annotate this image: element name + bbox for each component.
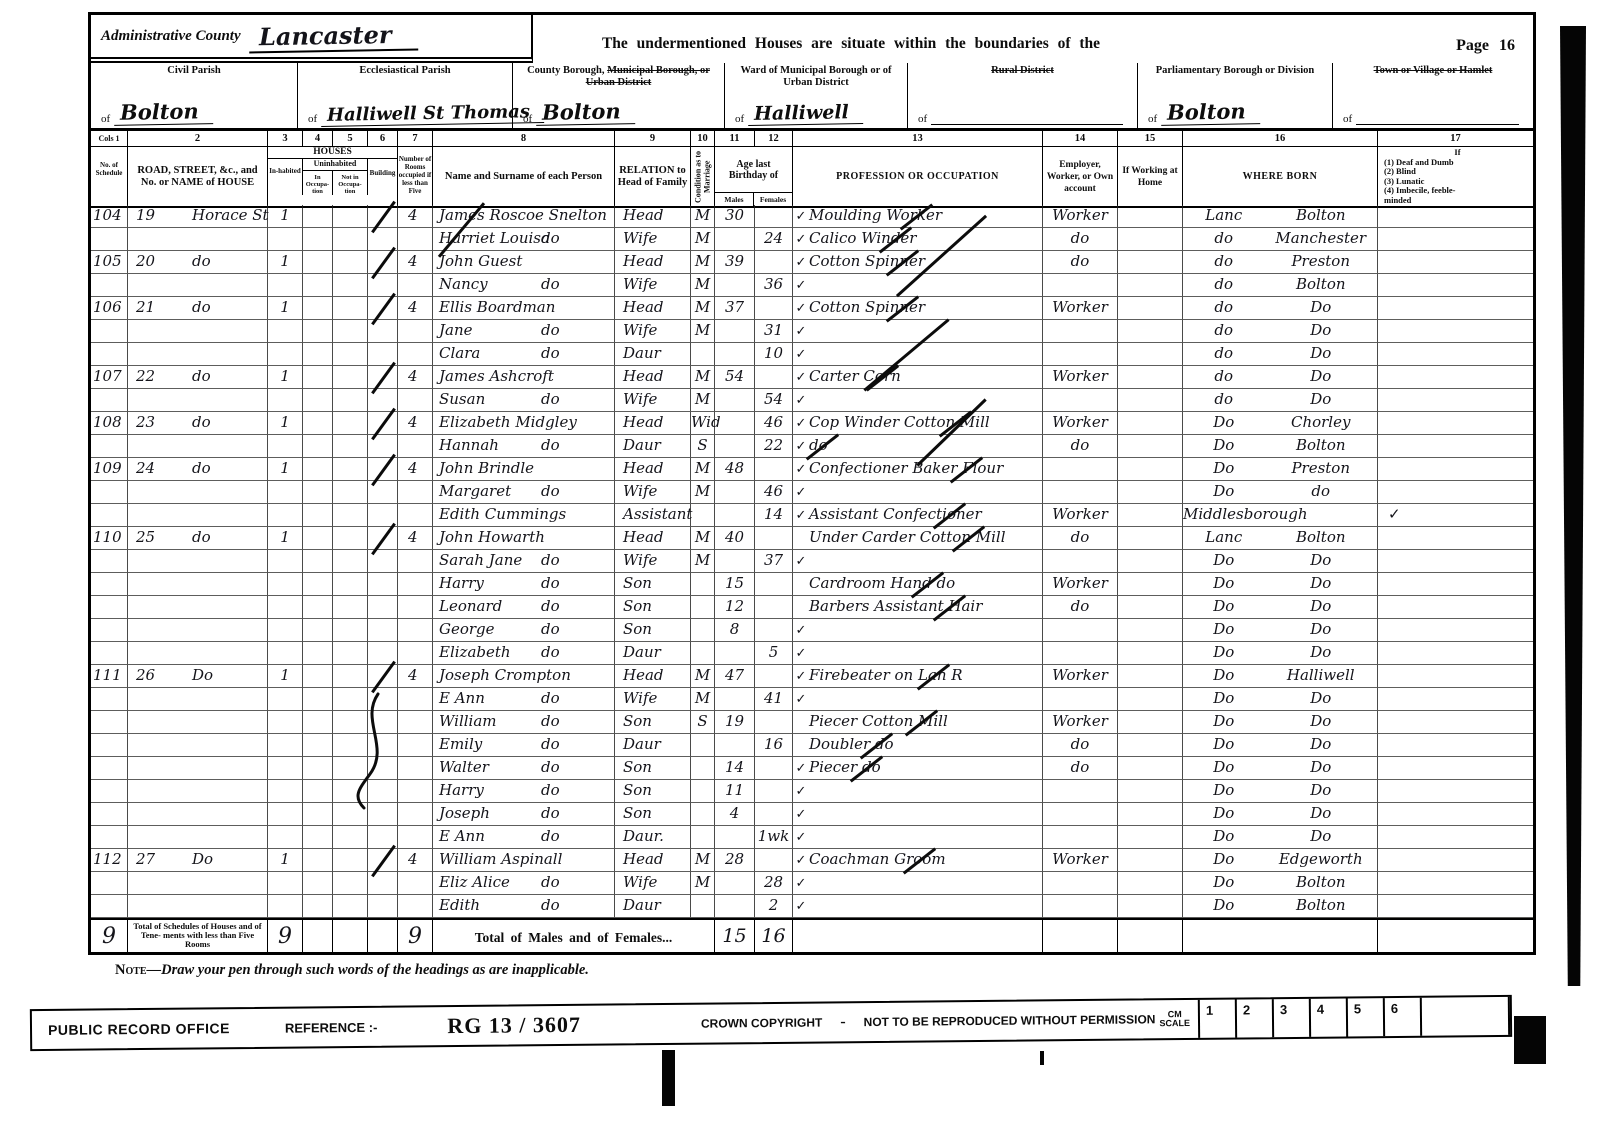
section-rural-district: Rural District of xyxy=(908,63,1138,128)
column-number: 12 xyxy=(755,131,793,147)
not-in-occupation-cell xyxy=(333,665,368,688)
name-cell: Edithdo xyxy=(433,895,615,918)
name-cell: Harrydo xyxy=(433,573,615,596)
name-cell: Walterdo xyxy=(433,757,615,780)
schedule-number-cell xyxy=(91,504,128,527)
age-females-cell xyxy=(755,366,793,389)
total-schedules-value: 9 xyxy=(91,920,128,955)
col-age-label: Age last Birthday of xyxy=(715,147,792,192)
not-in-occupation-cell xyxy=(333,412,368,435)
employer-cell: Worker xyxy=(1043,297,1118,320)
relation-cell: Head xyxy=(615,458,691,481)
column-label-row: No. of Schedule ROAD, STREET, &c., and N… xyxy=(91,147,1533,206)
where-born-cell: DoBolton xyxy=(1183,435,1378,458)
working-at-home-cell xyxy=(1118,320,1183,343)
working-at-home-cell xyxy=(1118,297,1183,320)
occupation-cell: ✓ xyxy=(793,895,1043,918)
film-block xyxy=(1514,1016,1546,1064)
district-header-row: Civil Parish of Bolton Ecclesiastical Pa… xyxy=(91,63,1533,128)
infirmity-cell: ✓ xyxy=(1378,504,1533,527)
age-males-cell: 54 xyxy=(715,366,755,389)
infirmity-cell xyxy=(1378,757,1533,780)
col-schedule-label: No. of Schedule xyxy=(91,147,128,206)
age-females-cell: 37 xyxy=(755,550,793,573)
col-employer-label: Employer, Worker, or Own account xyxy=(1043,147,1118,206)
of-prefix: of xyxy=(308,113,317,125)
occupation-cell: Barbers Assistant Hair xyxy=(793,596,1043,619)
name-cell: Hannahdo xyxy=(433,435,615,458)
age-females-cell xyxy=(755,527,793,550)
schedule-number-cell: 111 xyxy=(91,665,128,688)
name-cell: Williamdo xyxy=(433,711,615,734)
address-cell xyxy=(128,435,268,458)
name-cell: E Anndo xyxy=(433,688,615,711)
rooms-cell xyxy=(398,389,433,412)
rooms-cell xyxy=(398,895,433,918)
col-relation-label: RELATION to Head of Family xyxy=(615,147,691,206)
infirmity-cell xyxy=(1378,527,1533,550)
employer-cell xyxy=(1043,642,1118,665)
rooms-cell: 4 xyxy=(398,849,433,872)
relation-cell: Wife xyxy=(615,228,691,251)
working-at-home-cell xyxy=(1118,458,1183,481)
condition-cell: M xyxy=(691,665,715,688)
not-in-occupation-cell xyxy=(333,343,368,366)
name-cell: Clarado xyxy=(433,343,615,366)
condition-cell: M xyxy=(691,251,715,274)
column-number: 15 xyxy=(1118,131,1183,147)
where-born-cell: Middlesborough xyxy=(1183,504,1378,527)
occupation-cell: ✓Carter Corn xyxy=(793,366,1043,389)
rooms-cell xyxy=(398,872,433,895)
age-males-cell: 47 xyxy=(715,665,755,688)
name-cell: Leonarddo xyxy=(433,596,615,619)
rooms-cell xyxy=(398,619,433,642)
employer-cell xyxy=(1043,895,1118,918)
census-entries: 10419Horace St14James Roscoe SneltonHead… xyxy=(91,205,1533,918)
working-at-home-cell xyxy=(1118,780,1183,803)
section-parliamentary-borough: Parliamentary Borough or Division of Bol… xyxy=(1138,63,1333,128)
in-occupation-cell xyxy=(303,780,333,803)
section-value: Bolton xyxy=(114,98,213,126)
in-occupation-cell xyxy=(303,665,333,688)
rooms-cell xyxy=(398,734,433,757)
of-prefix: of xyxy=(101,113,110,125)
employer-cell: do xyxy=(1043,527,1118,550)
condition-cell xyxy=(691,803,715,826)
relation-cell: Daur xyxy=(615,895,691,918)
table-row: HannahdoDaurS22✓dodoDoBolton xyxy=(91,435,1533,458)
age-females-cell xyxy=(755,251,793,274)
inhabited-cell xyxy=(268,803,303,826)
inhabited-cell xyxy=(268,504,303,527)
employer-cell: Worker xyxy=(1043,412,1118,435)
schedule-number-cell xyxy=(91,550,128,573)
inhabited-cell xyxy=(268,757,303,780)
col-houses-group: HOUSES In-habited Uninhabited In Occupa-… xyxy=(268,147,398,206)
cm-scale-boxes: 123456 xyxy=(1198,997,1510,1038)
inhabited-cell: 1 xyxy=(268,458,303,481)
col-not-in-occupation-label: Not in Occupa-tion xyxy=(333,171,368,195)
age-males-cell xyxy=(715,872,755,895)
of-prefix: of xyxy=(735,113,744,125)
age-females-cell: 10 xyxy=(755,343,793,366)
occupation-cell: ✓Coachman Groom xyxy=(793,849,1043,872)
table-row: 11025do14John HowarthHeadM40Under Carder… xyxy=(91,527,1533,550)
infirmity-cell xyxy=(1378,895,1533,918)
rooms-cell: 4 xyxy=(398,665,433,688)
rooms-cell: 4 xyxy=(398,527,433,550)
working-at-home-cell xyxy=(1118,412,1183,435)
table-row: EmilydoDaur16Doubler dodoDoDo xyxy=(91,734,1533,757)
footnote-text: —Draw your pen through such words of the… xyxy=(147,962,589,978)
address-cell xyxy=(128,481,268,504)
page-number: Page 16 xyxy=(1456,37,1515,55)
where-born-cell: DoDo xyxy=(1183,596,1378,619)
relation-cell: Son xyxy=(615,573,691,596)
in-occupation-cell xyxy=(303,366,333,389)
condition-cell: M xyxy=(691,274,715,297)
occupation-cell: Piecer Cotton Mill xyxy=(793,711,1043,734)
cm-scale-label: CMSCALE xyxy=(1159,1010,1198,1028)
relation-cell: Son xyxy=(615,619,691,642)
age-females-cell: 36 xyxy=(755,274,793,297)
age-females-cell xyxy=(755,780,793,803)
condition-cell xyxy=(691,343,715,366)
table-row: E AnndoWifeM41✓DoDo xyxy=(91,688,1533,711)
where-born-cell: DoChorley xyxy=(1183,412,1378,435)
name-cell: Eliz Alicedo xyxy=(433,872,615,895)
section-label: Ward of Municipal Borough or of Urban Di… xyxy=(740,65,891,88)
infirmity-cell xyxy=(1378,435,1533,458)
working-at-home-cell xyxy=(1118,550,1183,573)
address-cell: 19Horace St xyxy=(128,205,268,228)
age-males-cell xyxy=(715,320,755,343)
rooms-cell xyxy=(398,642,433,665)
section-label: County Borough, xyxy=(527,65,607,76)
address-cell: 27Do xyxy=(128,849,268,872)
inhabited-cell xyxy=(268,228,303,251)
condition-cell: M xyxy=(691,320,715,343)
rooms-cell xyxy=(398,504,433,527)
address-cell xyxy=(128,274,268,297)
table-row: GeorgedoSon8✓DoDo xyxy=(91,619,1533,642)
inhabited-cell xyxy=(268,343,303,366)
age-males-cell: 30 xyxy=(715,205,755,228)
name-cell: Elizabethdo xyxy=(433,642,615,665)
column-number: 11 xyxy=(715,131,755,147)
inhabited-cell xyxy=(268,550,303,573)
column-number: 4 xyxy=(303,131,333,147)
occupation-cell: ✓Firebeater on Lan R xyxy=(793,665,1043,688)
film-registration-mark xyxy=(662,1050,675,1106)
working-at-home-cell xyxy=(1118,711,1183,734)
employer-cell: Worker xyxy=(1043,366,1118,389)
occupation-cell: ✓ xyxy=(793,826,1043,849)
age-males-cell xyxy=(715,481,755,504)
houses-title: HOUSES xyxy=(268,147,397,159)
infirmity-cell xyxy=(1378,573,1533,596)
infirmity-cell xyxy=(1378,688,1533,711)
relation-cell: Daur xyxy=(615,343,691,366)
schedule-number-cell xyxy=(91,872,128,895)
employer-cell: Worker xyxy=(1043,504,1118,527)
table-row: Eliz AlicedoWifeM28✓DoBolton xyxy=(91,872,1533,895)
name-cell: E Anndo xyxy=(433,826,615,849)
occupation-cell: ✓ xyxy=(793,619,1043,642)
age-males-cell xyxy=(715,688,755,711)
inhabited-cell xyxy=(268,320,303,343)
inhabited-cell xyxy=(268,481,303,504)
admin-county-label: Administrative County xyxy=(101,28,241,45)
inhabited-cell xyxy=(268,573,303,596)
section-label-struck: Rural District xyxy=(991,65,1054,76)
separator-dot: - xyxy=(822,1013,863,1031)
not-in-occupation-cell xyxy=(333,297,368,320)
not-in-occupation-cell xyxy=(333,274,368,297)
age-males-cell: 28 xyxy=(715,849,755,872)
working-at-home-cell xyxy=(1118,642,1183,665)
address-cell: 24do xyxy=(128,458,268,481)
employer-cell xyxy=(1043,481,1118,504)
address-cell xyxy=(128,320,268,343)
address-cell xyxy=(128,343,268,366)
in-occupation-cell xyxy=(303,757,333,780)
name-cell: Joseph Crompton xyxy=(433,665,615,688)
building-cell xyxy=(368,619,398,642)
age-males-cell: 12 xyxy=(715,596,755,619)
inhabited-cell xyxy=(268,734,303,757)
relation-cell: Son xyxy=(615,757,691,780)
empty-cell xyxy=(368,920,398,955)
condition-cell: Wid xyxy=(691,412,715,435)
col-home-label: If Working at Home xyxy=(1118,147,1183,206)
footnote-prefix: Note xyxy=(115,962,147,978)
schedule-number-cell: 109 xyxy=(91,458,128,481)
relation-cell: Head xyxy=(615,205,691,228)
where-born-cell: DoEdgeworth xyxy=(1183,849,1378,872)
schedule-number-cell xyxy=(91,688,128,711)
rooms-cell: 4 xyxy=(398,458,433,481)
address-cell xyxy=(128,688,268,711)
address-cell: 23do xyxy=(128,412,268,435)
rooms-cell: 4 xyxy=(398,366,433,389)
employer-cell: Worker xyxy=(1043,205,1118,228)
age-males-cell xyxy=(715,343,755,366)
address-cell: 21do xyxy=(128,297,268,320)
name-cell: James Ashcroft xyxy=(433,366,615,389)
table-row: SusandoWifeM54✓doDo xyxy=(91,389,1533,412)
column-number: 9 xyxy=(615,131,691,147)
rooms-cell xyxy=(398,481,433,504)
address-cell xyxy=(128,642,268,665)
table-row: 11227Do14William AspinallHeadM28✓Coachma… xyxy=(91,849,1533,872)
relation-cell: Head xyxy=(615,297,691,320)
age-females-cell xyxy=(755,596,793,619)
name-cell: Nancydo xyxy=(433,274,615,297)
where-born-cell: LancBolton xyxy=(1183,527,1378,550)
occupation-cell: ✓ xyxy=(793,872,1043,895)
address-cell xyxy=(128,734,268,757)
col-born-label: WHERE BORN xyxy=(1183,147,1378,206)
in-occupation-cell xyxy=(303,274,333,297)
in-occupation-cell xyxy=(303,849,333,872)
where-born-cell: doDo xyxy=(1183,366,1378,389)
age-males-cell xyxy=(715,504,755,527)
working-at-home-cell xyxy=(1118,481,1183,504)
copyright-label: CROWN COPYRIGHT xyxy=(581,1016,822,1032)
infirmity-cell xyxy=(1378,228,1533,251)
schedule-number-cell: 104 xyxy=(91,205,128,228)
condition-cell xyxy=(691,642,715,665)
schedule-number-cell xyxy=(91,734,128,757)
employer-cell xyxy=(1043,389,1118,412)
schedule-number-cell xyxy=(91,228,128,251)
column-number-row: Cols 1234567891011121314151617 xyxy=(91,131,1533,147)
working-at-home-cell xyxy=(1118,274,1183,297)
relation-cell: Head xyxy=(615,412,691,435)
not-in-occupation-cell xyxy=(333,895,368,918)
of-prefix: of xyxy=(918,113,927,125)
age-males-cell xyxy=(715,642,755,665)
not-in-occupation-cell xyxy=(333,826,368,849)
where-born-cell: DoDo xyxy=(1183,573,1378,596)
relation-cell: Head xyxy=(615,849,691,872)
relation-cell: Daur xyxy=(615,734,691,757)
relation-cell: Wife xyxy=(615,550,691,573)
rooms-cell xyxy=(398,780,433,803)
working-at-home-cell xyxy=(1118,734,1183,757)
address-cell xyxy=(128,228,268,251)
col-inhabited-label: In-habited xyxy=(268,159,303,195)
employer-cell: do xyxy=(1043,734,1118,757)
not-in-occupation-cell xyxy=(333,504,368,527)
relation-cell: Head xyxy=(615,366,691,389)
in-occupation-cell xyxy=(303,688,333,711)
table-row: EdithdoDaur2✓DoBolton xyxy=(91,895,1533,918)
infirmity-cell xyxy=(1378,619,1533,642)
column-number: 8 xyxy=(433,131,615,147)
employer-cell xyxy=(1043,550,1118,573)
empty-cell xyxy=(1183,920,1378,955)
infirmity-cell xyxy=(1378,481,1533,504)
infirmity-cell xyxy=(1378,251,1533,274)
form-title: The undermentioned Houses are situate wi… xyxy=(561,35,1141,53)
schedule-number-cell xyxy=(91,803,128,826)
total-males-value: 15 xyxy=(715,920,755,955)
employer-cell xyxy=(1043,780,1118,803)
rooms-cell xyxy=(398,435,433,458)
rooms-cell xyxy=(398,573,433,596)
address-cell xyxy=(128,619,268,642)
relation-cell: Son xyxy=(615,803,691,826)
table-row: 10722do14James AshcroftHeadM54✓Carter Co… xyxy=(91,366,1533,389)
relation-cell: Son xyxy=(615,711,691,734)
col-in-occupation-label: In Occupa-tion xyxy=(303,171,333,195)
working-at-home-cell xyxy=(1118,228,1183,251)
employer-cell xyxy=(1043,826,1118,849)
in-occupation-cell xyxy=(303,481,333,504)
condition-cell: M xyxy=(691,205,715,228)
column-number: 6 xyxy=(368,131,398,147)
infirmity-cell xyxy=(1378,642,1533,665)
inhabited-cell xyxy=(268,435,303,458)
total-inhabited-value: 9 xyxy=(268,920,303,955)
address-cell: 25do xyxy=(128,527,268,550)
working-at-home-cell xyxy=(1118,389,1183,412)
occupation-cell: ✓ xyxy=(793,481,1043,504)
age-males-cell xyxy=(715,435,755,458)
rooms-cell: 4 xyxy=(398,205,433,228)
where-born-cell: doPreston xyxy=(1183,251,1378,274)
schedule-number-cell xyxy=(91,435,128,458)
schedule-number-cell xyxy=(91,274,128,297)
in-occupation-cell xyxy=(303,619,333,642)
where-born-cell: DoBolton xyxy=(1183,895,1378,918)
total-females-value: 16 xyxy=(755,920,793,955)
working-at-home-cell xyxy=(1118,573,1183,596)
address-cell xyxy=(128,757,268,780)
table-row: WalterdoSon14✓Piecer dodoDoDo xyxy=(91,757,1533,780)
age-males-cell: 4 xyxy=(715,803,755,826)
age-males-cell xyxy=(715,389,755,412)
infirmity-cell xyxy=(1378,803,1533,826)
condition-cell xyxy=(691,619,715,642)
not-in-occupation-cell xyxy=(333,458,368,481)
rooms-cell xyxy=(398,274,433,297)
relation-cell: Head xyxy=(615,527,691,550)
building-cell xyxy=(368,596,398,619)
column-number: 5 xyxy=(333,131,368,147)
in-occupation-cell xyxy=(303,205,333,228)
where-born-cell: doManchester xyxy=(1183,228,1378,251)
where-born-cell: DoDo xyxy=(1183,550,1378,573)
where-born-cell: DoDo xyxy=(1183,780,1378,803)
occupation-cell: ✓ xyxy=(793,320,1043,343)
schedule-number-cell xyxy=(91,757,128,780)
address-cell xyxy=(128,872,268,895)
condition-cell: M xyxy=(691,481,715,504)
where-born-cell: DoDo xyxy=(1183,642,1378,665)
column-number: 3 xyxy=(268,131,303,147)
condition-cell: M xyxy=(691,527,715,550)
inhabited-cell xyxy=(268,780,303,803)
not-in-occupation-cell xyxy=(333,849,368,872)
total-rooms-value: 9 xyxy=(398,920,433,955)
employer-cell xyxy=(1043,320,1118,343)
age-females-cell: 41 xyxy=(755,688,793,711)
table-row: MargaretdoWifeM46✓Dodo xyxy=(91,481,1533,504)
relation-cell: Son xyxy=(615,596,691,619)
employer-cell: do xyxy=(1043,228,1118,251)
empty-cell xyxy=(303,920,333,955)
age-males-cell: 8 xyxy=(715,619,755,642)
totals-row: 9 Total of Schedules of Houses and of Te… xyxy=(91,918,1533,955)
column-number: 17 xyxy=(1378,131,1533,147)
age-males-cell xyxy=(715,895,755,918)
age-males-cell: 39 xyxy=(715,251,755,274)
cm-scale-box: 1 xyxy=(1198,1000,1235,1038)
section-value: Bolton xyxy=(536,98,635,126)
condition-cell: M xyxy=(691,389,715,412)
column-number: Cols 1 xyxy=(91,131,128,147)
name-cell: Emilydo xyxy=(433,734,615,757)
section-ecclesiastical-parish: Ecclesiastical Parish of Halliwell St Th… xyxy=(298,63,513,128)
record-office-label: PUBLIC RECORD OFFICE xyxy=(32,1020,230,1038)
where-born-cell: DoDo xyxy=(1183,734,1378,757)
employer-cell xyxy=(1043,688,1118,711)
age-females-cell xyxy=(755,711,793,734)
